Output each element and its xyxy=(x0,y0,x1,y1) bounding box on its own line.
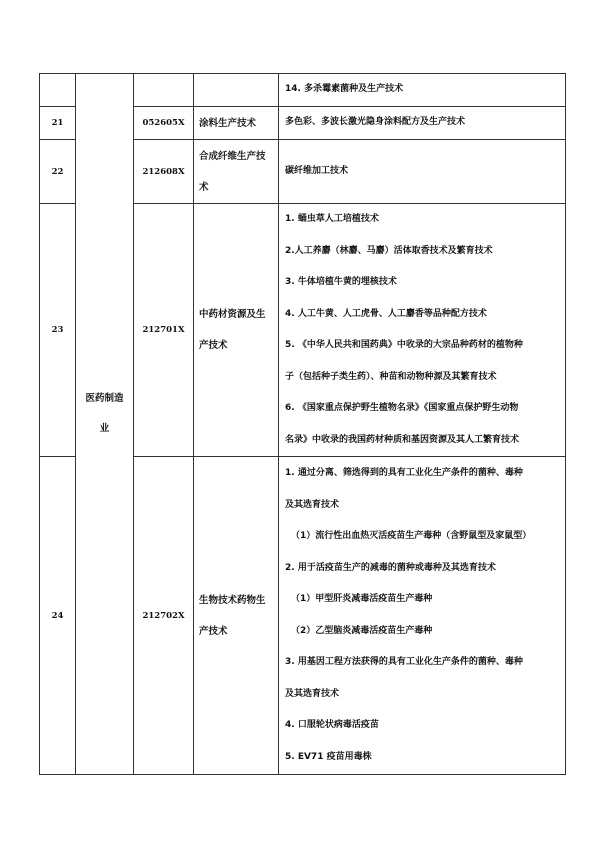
tech-item: 3. 用基因工程方法获得的具有工业化生产条件的菌种、毒种 xyxy=(285,647,565,679)
tech-name-cell: 涂料生产技术 xyxy=(194,107,279,140)
tech-item: 碳纤维加工技术 xyxy=(285,156,565,188)
code-cell: 212608X xyxy=(134,140,194,204)
tech-name-cell: 生物技术药物生 产技术 xyxy=(194,457,279,775)
tech-name-line: 产技术 xyxy=(199,626,228,637)
tech-name-line: 产技术 xyxy=(199,340,228,351)
tech-item: 子（包括种子类生药）、种苗和动物种源及其繁育技术 xyxy=(285,362,565,394)
industry-label-line-2: 业 xyxy=(100,423,110,434)
tech-items-cell: 1. 蛹虫草人工培植技术 2.人工养麝（林麝、马麝）活体取香技术及繁育技术 3.… xyxy=(279,204,566,457)
tech-items-cell: 多色彩、多波长激光隐身涂料配方及生产技术 xyxy=(279,107,566,140)
tech-item: 1. 蛹虫草人工培植技术 xyxy=(285,204,565,236)
tech-item: 14. 多杀霉素菌种及生产技术 xyxy=(285,74,565,106)
tech-item: 4. 口服轮状病毒活疫苗 xyxy=(285,710,565,742)
tech-name-cell: 合成纤维生产技 术 xyxy=(194,140,279,204)
tech-item: 1. 通过分离、筛选得到的具有工业化生产条件的菌种、毒种 xyxy=(285,458,565,490)
technology-catalog-table: 医药制造 业 14. 多杀霉素菌种及生产技术 21 052605X 涂料生产技术… xyxy=(39,73,566,775)
tech-items-cell: 14. 多杀霉素菌种及生产技术 xyxy=(279,74,566,107)
tech-name-line: 合成纤维生产技 xyxy=(199,151,266,162)
row-number-cell: 24 xyxy=(40,457,76,775)
tech-item: 2.人工养麝（林麝、马麝）活体取香技术及繁育技术 xyxy=(285,236,565,268)
tech-item: 5. 《中华人民共和国药典》中收录的大宗品种药材的植物种 xyxy=(285,330,565,362)
tech-item: 4. 人工牛黄、人工虎骨、人工麝香等品种配方技术 xyxy=(285,299,565,331)
row-number-cell: 21 xyxy=(40,107,76,140)
tech-item: 多色彩、多波长激光隐身涂料配方及生产技术 xyxy=(285,107,565,139)
tech-subitem: （1）流行性出血热灭活疫苗生产毒种（含野鼠型及家鼠型） xyxy=(285,521,565,553)
tech-item: 2. 用于活疫苗生产的减毒的菌种或毒种及其选育技术 xyxy=(285,553,565,585)
tech-name-cell: 中药材资源及生 产技术 xyxy=(194,204,279,457)
table-row: 医药制造 业 14. 多杀霉素菌种及生产技术 xyxy=(40,74,566,107)
row-number-cell: 22 xyxy=(40,140,76,204)
tech-item: 及其选育技术 xyxy=(285,490,565,522)
code-cell: 052605X xyxy=(134,107,194,140)
tech-item: 及其选育技术 xyxy=(285,679,565,711)
code-cell xyxy=(134,74,194,107)
tech-item: 3. 牛体培植牛黄的埋核技术 xyxy=(285,267,565,299)
tech-item: 名录》中收录的我国药材种质和基因资源及其人工繁育技术 xyxy=(285,425,565,457)
tech-items-cell: 1. 通过分离、筛选得到的具有工业化生产条件的菌种、毒种 及其选育技术 （1）流… xyxy=(279,457,566,775)
code-cell: 212701X xyxy=(134,204,194,457)
tech-name-line: 术 xyxy=(199,182,209,193)
industry-cell: 医药制造 业 xyxy=(76,74,134,775)
tech-item: 5. EV71 疫苗用毒株 xyxy=(285,742,565,774)
tech-subitem: （1）甲型肝炎减毒活疫苗生产毒种 xyxy=(285,584,565,616)
industry-label-line-1: 医药制造 xyxy=(85,393,123,404)
tech-item: 6. 《国家重点保护野生植物名录》《国家重点保护野生动物 xyxy=(285,393,565,425)
tech-name-line: 生物技术药物生 xyxy=(199,595,266,606)
row-number-cell: 23 xyxy=(40,204,76,457)
tech-items-cell: 碳纤维加工技术 xyxy=(279,140,566,204)
tech-name-line: 中药材资源及生 xyxy=(199,309,266,320)
tech-name-cell xyxy=(194,74,279,107)
tech-subitem: （2）乙型脑炎减毒活疫苗生产毒种 xyxy=(285,616,565,648)
code-cell: 212702X xyxy=(134,457,194,775)
row-number-cell xyxy=(40,74,76,107)
